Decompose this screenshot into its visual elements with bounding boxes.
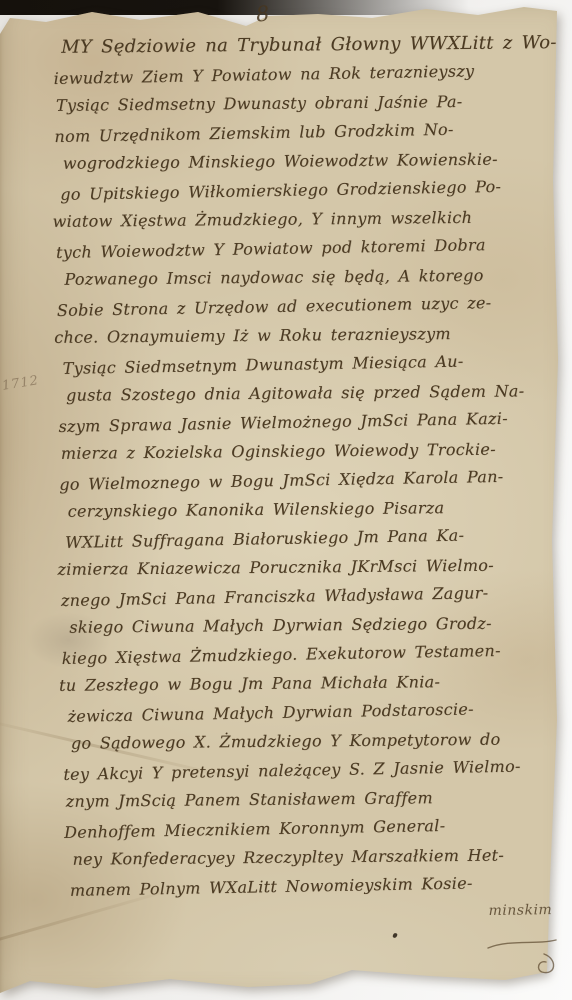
- photograph-of-manuscript: 8 1712 MY Sędziowie na Trybunał Głowny W…: [0, 0, 572, 1000]
- manuscript-text-block: MY Sędziowie na Trybunał Głowny WWXLitt …: [50, 27, 562, 930]
- ink-flourish: [486, 932, 566, 984]
- page-number-mark: 8: [255, 1, 271, 26]
